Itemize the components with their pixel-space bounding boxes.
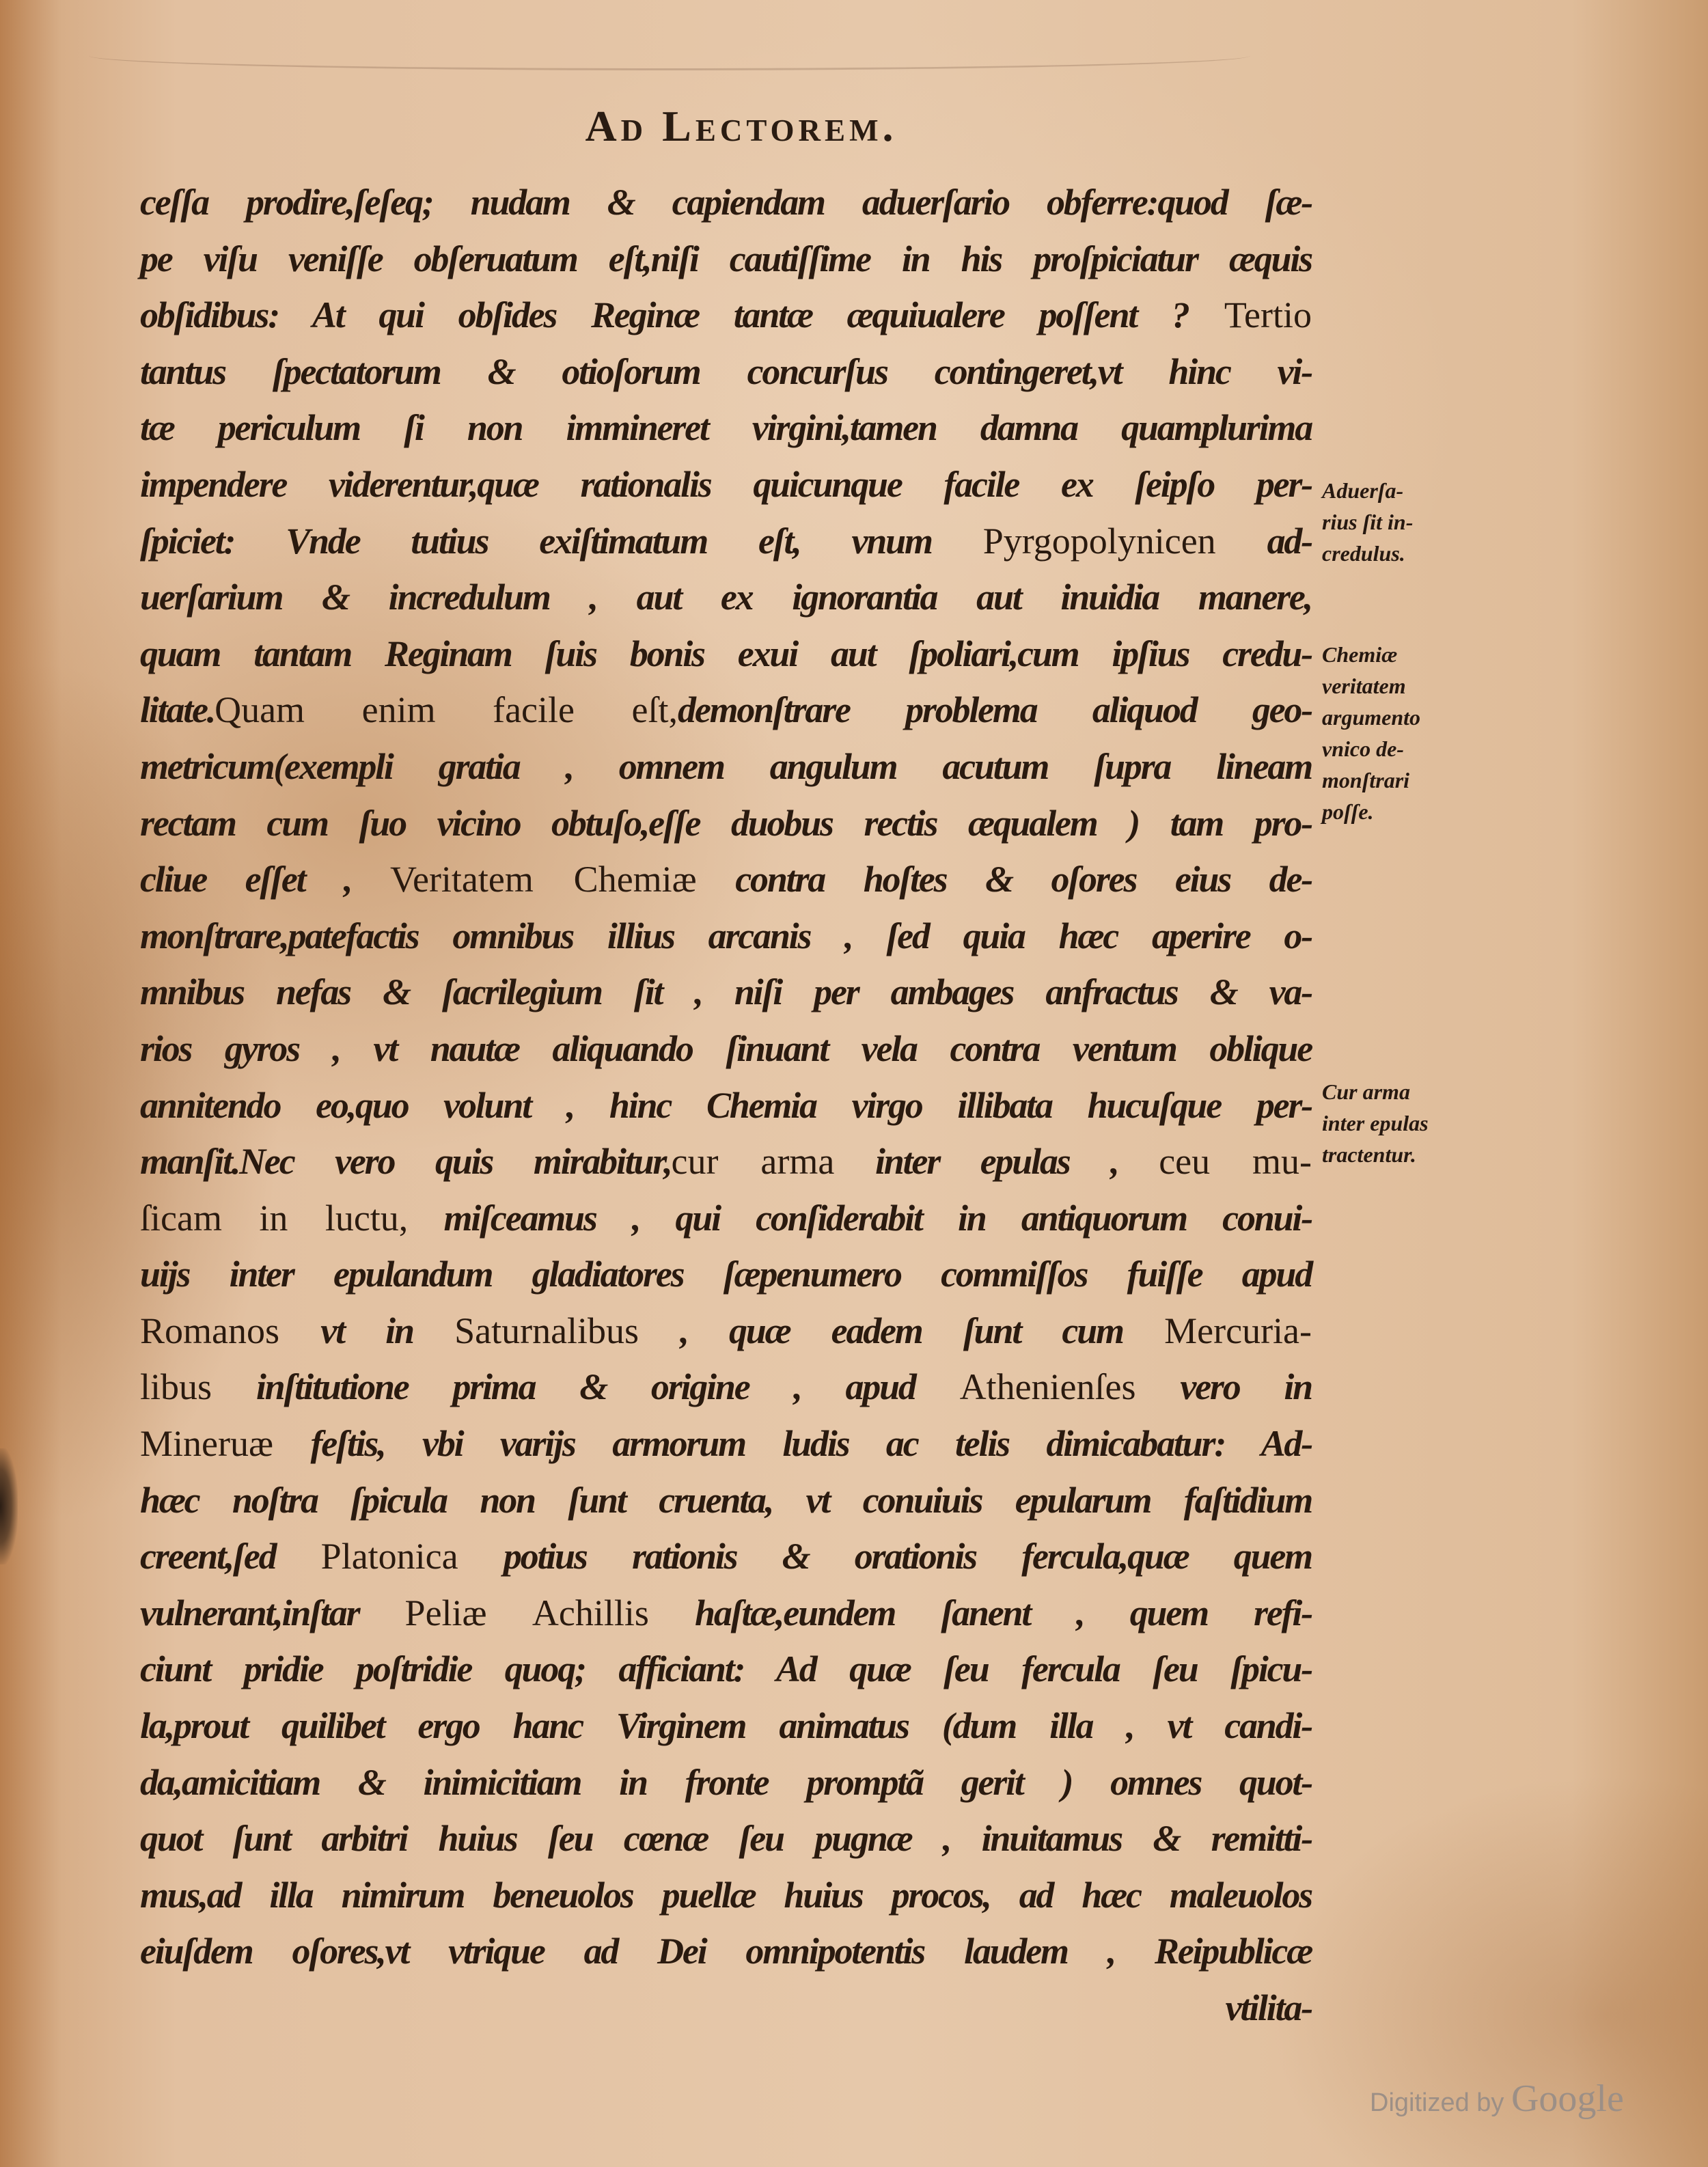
roman-text: Veritatem Chemiæ: [390, 859, 697, 900]
roman-text: ſicam in luctu,: [140, 1198, 408, 1239]
text-line: ceſſa prodire,ſeſeq; nudam & capiendam a…: [140, 174, 1312, 231]
catchword: vtilita-: [140, 1980, 1312, 2037]
text-line: quot ſunt arbitri huius ſeu cœnæ ſeu pug…: [140, 1810, 1312, 1867]
text-line: metricum(exempli gratia , omnem angulum …: [140, 739, 1312, 795]
italic-text: uerſarium & incredulum , aut ex ignorant…: [140, 577, 1312, 618]
text-line: tæ periculum ſi non immineret virgini,ta…: [140, 400, 1312, 456]
text-line: impendere viderentur,quæ rationalis quic…: [140, 456, 1312, 513]
text-line: eiuſdem oſores,vt vtrique ad Dei omnipot…: [140, 1923, 1312, 1980]
italic-text: impendere viderentur,quæ rationalis quic…: [140, 464, 1312, 505]
text-line: da,amicitiam & inimicitiam in fronte pro…: [140, 1754, 1312, 1811]
watermark-prefix: Digitized by: [1370, 2088, 1504, 2117]
margin-note: Cur armainter epulastractentur.: [1322, 1076, 1493, 1170]
text-line: manſit.Nec vero quis mirabitur,cur arma …: [140, 1133, 1312, 1190]
roman-text: Pyrgopolynicen: [983, 521, 1216, 562]
body-text: ceſſa prodire,ſeſeq; nudam & capiendam a…: [140, 174, 1312, 2037]
roman-text: ceu mu-: [1159, 1141, 1312, 1182]
italic-text: feſtis, vbi varijs armorum ludis ac teli…: [273, 1423, 1312, 1464]
italic-text: creent,ſed: [140, 1536, 321, 1577]
text-line: litate.Quam enim facile eſt,demonſtrare …: [140, 682, 1312, 739]
roman-text: Athenienſes: [960, 1366, 1136, 1407]
italic-text: rectam cum ſuo vicino obtuſo,eſſe duobus…: [140, 803, 1312, 844]
text-line: rios gyros , vt nautæ aliquando ſinuant …: [140, 1021, 1312, 1077]
margin-note-line: tractentur.: [1322, 1139, 1493, 1170]
ink-stain: [0, 1448, 18, 1564]
text-line: creent,ſed Platonica potius rationis & o…: [140, 1528, 1312, 1585]
italic-text: potius rationis & orationis fercula,quæ …: [458, 1536, 1312, 1577]
roman-text: Saturnalibus: [454, 1310, 639, 1351]
italic-text: ceſſa prodire,ſeſeq; nudam & capiendam a…: [140, 182, 1312, 223]
text-line: la,prout quilibet ergo hanc Virginem ani…: [140, 1698, 1312, 1754]
italic-text: annitendo eo,quo volunt , hinc Chemia vi…: [140, 1085, 1312, 1126]
margin-note-line: credulus.: [1322, 538, 1493, 569]
italic-text: tæ periculum ſi non immineret virgini,ta…: [140, 407, 1312, 448]
text-line: libus inſtitutione prima & origine , apu…: [140, 1359, 1312, 1416]
italic-text: hæc noſtra ſpicula non ſunt cruenta, vt …: [140, 1480, 1312, 1521]
roman-text: Mineruæ: [140, 1423, 273, 1464]
text-line: Romanos vt in Saturnalibus , quæ eadem ſ…: [140, 1303, 1312, 1359]
margin-note: Aduerſa-rius ſit in-credulus.: [1322, 475, 1493, 569]
text-line: annitendo eo,quo volunt , hinc Chemia vi…: [140, 1077, 1312, 1134]
roman-text: libus: [140, 1366, 212, 1407]
roman-text: cur arma: [672, 1141, 835, 1182]
margin-note-line: veritatem: [1322, 670, 1493, 702]
text-line: quam tantam Reginam ſuis bonis exui aut …: [140, 626, 1312, 682]
italic-text: contra hoſtes & oſores eius de-: [697, 859, 1312, 900]
italic-text: vero in: [1136, 1366, 1312, 1407]
italic-text: litate.: [140, 689, 215, 730]
italic-text: vt in: [279, 1310, 454, 1351]
italic-text: haſtæ,eundem ſanent , quem refi-: [649, 1592, 1312, 1633]
margin-note: Chemiæveritatemargumentovnico de-monſtra…: [1322, 639, 1493, 827]
italic-text: ſpiciet: Vnde tutius exiſtimatum eſt, vn…: [140, 521, 983, 562]
italic-text: manſit.Nec vero quis mirabitur,: [140, 1141, 672, 1182]
roman-text: Quam enim facile eſt,: [215, 689, 678, 730]
italic-text: mus,ad illa nimirum beneuolos puellæ hui…: [140, 1875, 1312, 1916]
margin-note-line: poſſe.: [1322, 796, 1493, 827]
text-line: cliue eſſet , Veritatem Chemiæ contra ho…: [140, 851, 1312, 908]
italic-text: la,prout quilibet ergo hanc Virginem ani…: [140, 1705, 1312, 1746]
italic-text: monſtrare,patefactis omnibus illius arca…: [140, 915, 1312, 956]
margin-note-line: Chemiæ: [1322, 639, 1493, 670]
italic-text: mnibus nefas & ſacrilegium ſit , niſi pe…: [140, 971, 1312, 1012]
italic-text: eiuſdem oſores,vt vtrique ad Dei omnipot…: [140, 1931, 1312, 1972]
roman-text: Platonica: [321, 1536, 458, 1577]
digitization-watermark: Digitized by Google: [1370, 2077, 1624, 2121]
text-line: hæc noſtra ſpicula non ſunt cruenta, vt …: [140, 1472, 1312, 1529]
italic-text: pe viſu veniſſe obſeruatum eſt,niſi caut…: [140, 238, 1312, 279]
roman-text: Mercuria-: [1164, 1310, 1312, 1351]
italic-text: da,amicitiam & inimicitiam in fronte pro…: [140, 1762, 1312, 1803]
book-page: Ad Lectorem. ceſſa prodire,ſeſeq; nudam …: [0, 0, 1708, 2167]
text-line: tantus ſpectatorum & otioſorum concurſus…: [140, 344, 1312, 400]
watermark-brand: Google: [1511, 2078, 1624, 2120]
text-line: Mineruæ feſtis, vbi varijs armorum ludis…: [140, 1416, 1312, 1472]
margin-note-line: inter epulas: [1322, 1107, 1493, 1139]
running-header: Ad Lectorem.: [0, 101, 1708, 152]
italic-text: quam tantam Reginam ſuis bonis exui aut …: [140, 633, 1312, 674]
text-line: monſtrare,patefactis omnibus illius arca…: [140, 908, 1312, 965]
italic-text: vulnerant,inſtar: [140, 1592, 405, 1633]
italic-text: ciunt pridie poſtridie quoq; afficiant: …: [140, 1648, 1312, 1689]
italic-text: uijs inter epulandum gladiatores ſæpenum…: [140, 1254, 1312, 1295]
margin-note-line: Aduerſa-: [1322, 475, 1493, 506]
text-line: mnibus nefas & ſacrilegium ſit , niſi pe…: [140, 964, 1312, 1021]
margin-note-line: Cur arma: [1322, 1076, 1493, 1107]
page-crease: [89, 41, 1250, 70]
margin-note-line: vnico de-: [1322, 733, 1493, 764]
roman-text: Peliæ Achillis: [405, 1592, 649, 1633]
margin-note-line: rius ſit in-: [1322, 506, 1493, 538]
margin-note-line: argumento: [1322, 702, 1493, 733]
italic-text: quot ſunt arbitri huius ſeu cœnæ ſeu pug…: [140, 1818, 1312, 1859]
italic-text: ad-: [1216, 521, 1312, 562]
italic-text: demonſtrare problema aliquod geo-: [678, 689, 1312, 730]
text-line: vulnerant,inſtar Peliæ Achillis haſtæ,eu…: [140, 1585, 1312, 1642]
page-title: Ad Lectorem.: [585, 101, 897, 152]
italic-text: , quæ eadem ſunt cum: [639, 1310, 1164, 1351]
text-line: pe viſu veniſſe obſeruatum eſt,niſi caut…: [140, 231, 1312, 288]
italic-text: obſidibus: At qui obſides Reginæ tantæ æ…: [140, 294, 1189, 335]
roman-text: Romanos: [140, 1310, 279, 1351]
text-line: mus,ad illa nimirum beneuolos puellæ hui…: [140, 1867, 1312, 1924]
italic-text: miſceamus , qui conſiderabit in antiquor…: [408, 1198, 1312, 1239]
italic-text: tantus ſpectatorum & otioſorum concurſus…: [140, 351, 1312, 392]
text-line: ſicam in luctu, miſceamus , qui conſider…: [140, 1190, 1312, 1247]
text-line: uijs inter epulandum gladiatores ſæpenum…: [140, 1246, 1312, 1303]
italic-text: inter epulas ,: [834, 1141, 1159, 1182]
text-line: uerſarium & incredulum , aut ex ignorant…: [140, 569, 1312, 626]
italic-text: rios gyros , vt nautæ aliquando ſinuant …: [140, 1028, 1312, 1069]
italic-text: metricum(exempli gratia , omnem angulum …: [140, 746, 1312, 787]
italic-text: cliue eſſet ,: [140, 859, 390, 900]
text-line: rectam cum ſuo vicino obtuſo,eſſe duobus…: [140, 795, 1312, 852]
text-line: ſpiciet: Vnde tutius exiſtimatum eſt, vn…: [140, 513, 1312, 570]
margin-note-line: monſtrari: [1322, 764, 1493, 796]
roman-text: Tertio: [1189, 294, 1312, 335]
italic-text: inſtitutione prima & origine , apud: [212, 1366, 960, 1407]
text-line: ciunt pridie poſtridie quoq; afficiant: …: [140, 1641, 1312, 1698]
text-line: obſidibus: At qui obſides Reginæ tantæ æ…: [140, 287, 1312, 344]
